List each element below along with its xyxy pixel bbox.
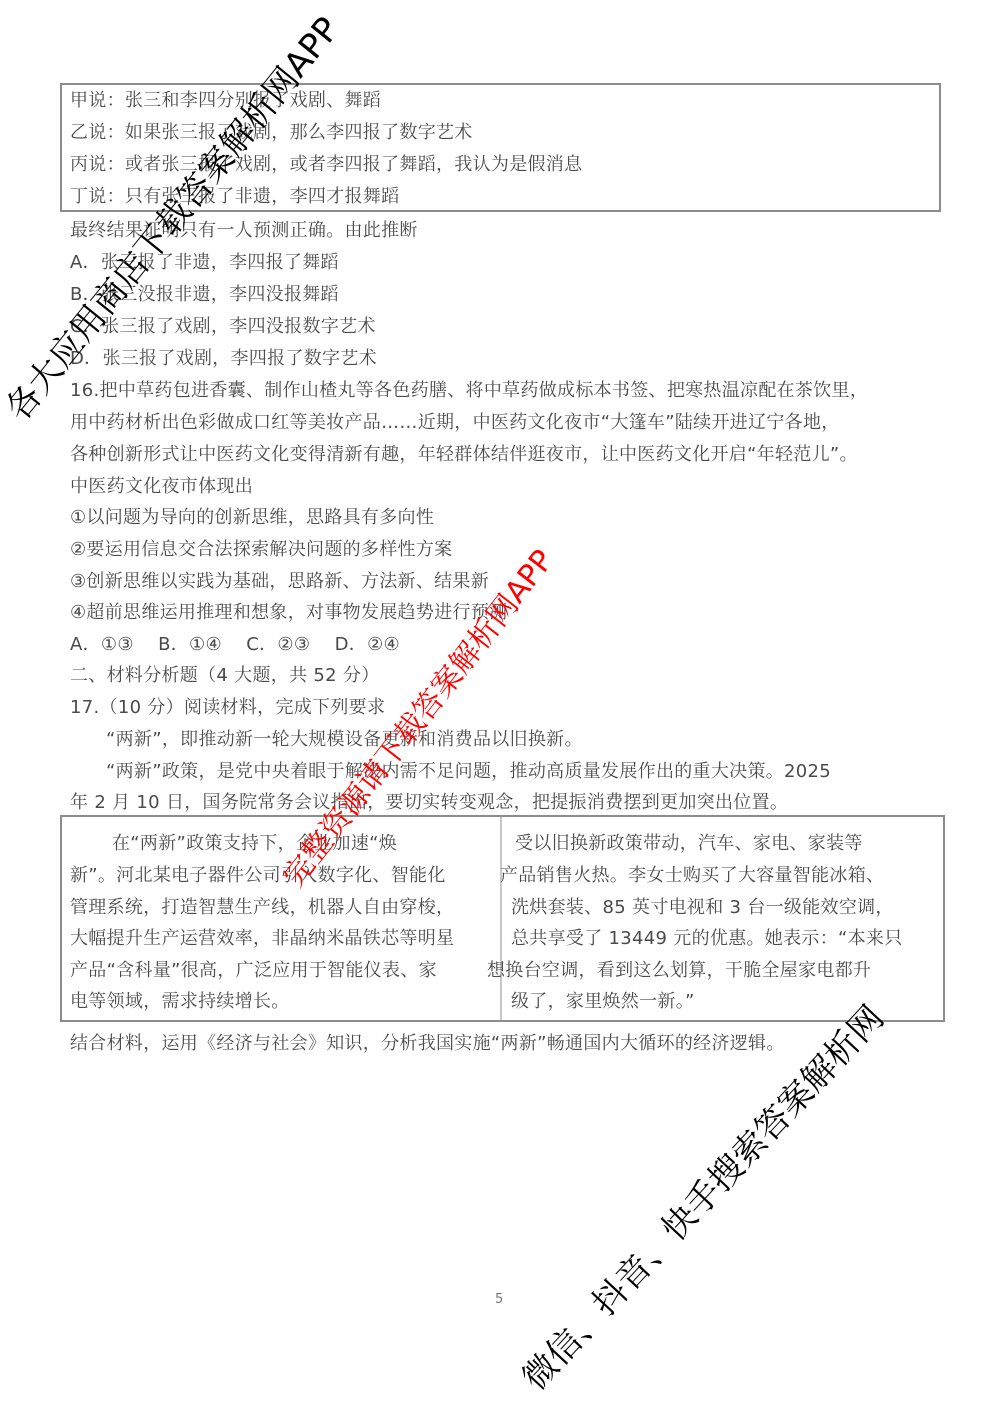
page-number: 5	[495, 1292, 503, 1307]
left-cell-line-5: 产品“含科量”很高，广泛应用于智能仪表、家	[70, 959, 437, 983]
statement-bing: 丙说：或者张三报了戏剧，或者李四报了舞蹈，我认为是假消息	[70, 153, 582, 177]
q16-item-4: ④超前思维运用推理和想象，对事物发展趋势进行预测	[70, 601, 507, 625]
material-table-divider	[500, 817, 502, 1020]
q15-option-b: B．张三没报非遗，李四没报舞蹈	[70, 283, 339, 307]
right-cell-line-6: 级了，家里焕然一新。”	[511, 990, 695, 1014]
right-cell-line-3: 洗烘套装、85 英寸电视和 3 台一级能效空调，	[511, 896, 894, 920]
statement-jia: 甲说：张三和李四分别报了戏剧、舞蹈	[70, 89, 381, 113]
q16-stem-line-3: 各种创新形式让中医药文化变得清新有趣，年轻群体结伴逛夜市，让中医药文化开启“年轻…	[70, 443, 858, 467]
q17-question: 结合材料，运用《经济与社会》知识，分析我国实施“两新”畅通国内大循环的经济逻辑。	[70, 1032, 785, 1056]
left-cell-line-1: 在“两新”政策支持下，企业加速“焕	[112, 832, 397, 856]
q15-option-a: A．张三报了非遗，李四报了舞蹈	[70, 251, 339, 275]
q17-para-1: “两新”，即推动新一轮大规模设备更新和消费品以旧换新。	[106, 728, 583, 752]
left-cell-line-6: 电等领域，需求持续增长。	[70, 990, 290, 1014]
q16-stem-line-4: 中医药文化夜市体现出	[70, 475, 253, 499]
q16-item-2: ②要运用信息交合法探索解决问题的多样性方案	[70, 538, 452, 562]
left-cell-line-4: 大幅提升生产运营效率，非晶纳米晶铁芯等明星	[70, 927, 454, 951]
q15-option-d: D．张三报了戏剧，李四报了数字艺术	[70, 347, 377, 371]
section-heading: 二、材料分析题（4 大题，共 52 分）	[70, 664, 380, 688]
q16-choices: A．①③ B．①④ C．②③ D．②④	[70, 633, 400, 657]
statement-yi: 乙说：如果张三报了戏剧，那么李四报了数字艺术	[70, 121, 473, 145]
right-cell-line-5: 想换台空调，看到这么划算，干脆全屋家电都升	[487, 959, 871, 983]
left-cell-line-2: 新”。河北某电子器件公司引入数字化、智能化	[70, 864, 446, 888]
q16-item-1: ①以问题为导向的创新思维，思路具有多向性	[70, 506, 434, 530]
q17-stem: 17.（10 分）阅读材料，完成下列要求	[70, 696, 385, 720]
q16-item-3: ③创新思维以实践为基础，思路新、方法新、结果新	[70, 570, 489, 594]
q16-stem-line-1: 16.把中草药包进香囊、制作山楂丸等各色药膳、将中草药做成标本书签、把寒热温凉配…	[70, 379, 868, 403]
q16-stem-line-2: 用中药材析出色彩做成口红等美妆产品……近期，中医药文化夜市“大篷车”陆续开进辽宁…	[70, 411, 840, 435]
q15-option-c: C．张三报了戏剧，李四没报数字艺术	[70, 315, 376, 339]
left-cell-line-3: 管理系统，打造智慧生产线，机器人自由穿梭，	[70, 896, 454, 920]
statement-ding: 丁说：只有张三报了非遗，李四才报舞蹈	[70, 185, 399, 209]
q17-para-2-line-1: “两新”政策，是党中央着眼于解决内需不足问题，推动高质量发展作出的重大决策。20…	[106, 760, 831, 784]
right-cell-line-4: 总共享受了 13449 元的优惠。她表示：“本来只	[511, 927, 903, 951]
right-cell-line-1: 受以旧换新政策带动，汽车、家电、家装等	[515, 832, 863, 856]
q17-para-2-line-2: 年 2 月 10 日，国务院常务会议指出，要切实转变观念，把提振消费摆到更加突出…	[70, 791, 788, 815]
q15-stem: 最终结果证明只有一人预测正确。由此推断	[70, 219, 418, 243]
right-cell-line-2: 产品销售火热。李女士购买了大容量智能冰箱、	[500, 864, 884, 888]
